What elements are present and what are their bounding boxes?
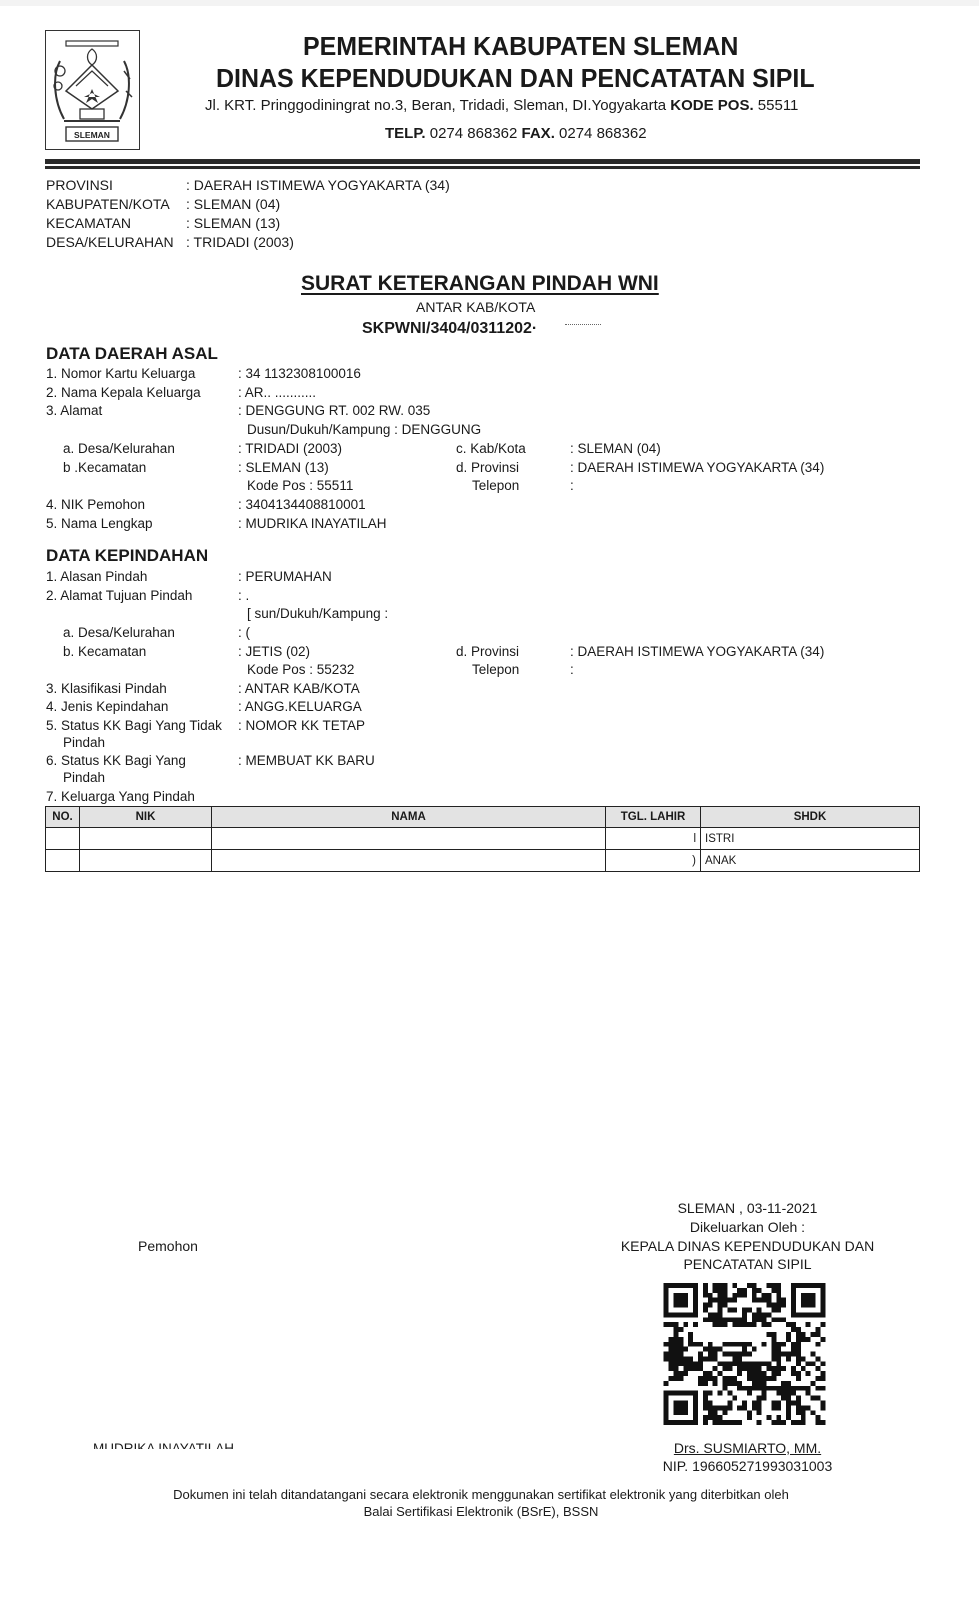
cell-nik (80, 828, 212, 850)
e-signature-notice-line2: Balai Sertifikasi Elektronik (BSrE), BSS… (0, 1504, 962, 1519)
cell-nama (212, 828, 606, 850)
origin-kab-label: c. Kab/Kota (456, 441, 526, 456)
origin-head-label: 2. Nama Kepala Keluarga (46, 385, 201, 400)
col-header-shdk: SHDK (701, 807, 920, 828)
move-reason-label: 1. Alasan Pindah (46, 569, 147, 584)
origin-kk-label: 1. Nomor Kartu Keluarga (46, 366, 195, 381)
svg-text:SLEMAN: SLEMAN (74, 130, 110, 140)
kk-status-moving-label-cont: Pindah (63, 770, 105, 785)
move-destination-value: : . (238, 588, 249, 603)
sleman-coat-of-arms-logo: SLEMAN (45, 30, 140, 150)
redacted-mark (565, 324, 601, 325)
move-prov-label: d. Provinsi (456, 644, 519, 659)
cell-shdk: ANAK (701, 850, 920, 872)
origin-address-value: : DENGGUNG RT. 002 RW. 035 (238, 403, 430, 418)
move-classification-label: 3. Klasifikasi Pindah (46, 681, 167, 696)
letterhead-divider-thin (45, 166, 920, 169)
origin-prov-label: d. Provinsi (456, 460, 519, 475)
table-row: l ISTRI (46, 828, 920, 850)
move-desa-value: : ( (238, 625, 250, 640)
agency-name: DINAS KEPENDUDUKAN DAN PENCATATAN SIPIL (216, 63, 815, 94)
document-subtitle: ANTAR KAB/KOTA (416, 299, 535, 315)
region-desa: DESA/KELURAHAN: TRIDADI (2003) (46, 233, 450, 252)
applicant-nik-label: 4. NIK Pemohon (46, 497, 145, 512)
issuing-office-line1: KEPALA DINAS KEPENDUDUKAN DAN (605, 1238, 890, 1254)
origin-kec-value: : SLEMAN (13) (238, 460, 329, 475)
qr-code-icon (662, 1283, 827, 1425)
col-header-nama: NAMA (212, 807, 606, 828)
col-header-no: NO. (46, 807, 80, 828)
cell-shdk: ISTRI (701, 828, 920, 850)
kk-status-staying-value: : NOMOR KK TETAP (238, 718, 365, 733)
move-desa-label: a. Desa/Kelurahan (63, 625, 175, 640)
region-kecamatan: KECAMATAN: SLEMAN (13) (46, 214, 450, 233)
move-kec-label: b. Kecamatan (63, 644, 146, 659)
region-provinsi: PROVINSI: DAERAH ISTIMEWA YOGYAKARTA (34… (46, 176, 450, 195)
col-header-tgl-lahir: TGL. LAHIR (606, 807, 701, 828)
move-kec-value: : JETIS (02) (238, 644, 310, 659)
table-row: ) ANAK (46, 850, 920, 872)
kk-status-staying-label: 5. Status KK Bagi Yang Tidak (46, 718, 222, 733)
origin-kec-label: b .Kecamatan (63, 460, 146, 475)
move-phone-value: : (570, 662, 574, 677)
letterhead-divider-thick (45, 159, 920, 164)
region-kabupaten: KABUPATEN/KOTA: SLEMAN (04) (46, 195, 450, 214)
e-signature-notice-line1: Dokumen ini telah ditandatangani secara … (0, 1487, 962, 1502)
cell-nama (212, 850, 606, 872)
origin-kk-value: : 34 1132308100016 (238, 366, 361, 381)
moving-family-label: 7. Keluarga Yang Pindah (46, 789, 195, 804)
col-header-nik: NIK (80, 807, 212, 828)
document-reference-number: SKPWNI/3404/0311202· (362, 320, 537, 338)
cell-nik (80, 850, 212, 872)
cell-tgl: l (606, 828, 701, 850)
cell-no (46, 828, 80, 850)
origin-address-label: 3. Alamat (46, 403, 102, 418)
move-type-label: 4. Jenis Kepindahan (46, 699, 168, 714)
move-dusun-value: [ sun/Dukuh/Kampung : (247, 606, 388, 621)
origin-phone-label: Telepon (472, 478, 519, 493)
section-heading-move: DATA KEPINDAHAN (46, 546, 208, 566)
kk-status-moving-label: 6. Status KK Bagi Yang (46, 753, 186, 768)
coat-of-arms-icon: SLEMAN (46, 31, 138, 148)
document-title: SURAT KETERANGAN PINDAH WNI (301, 272, 659, 296)
cell-tgl: ) (606, 850, 701, 872)
origin-head-value: : AR.. ........... (238, 385, 316, 400)
applicant-nik-value: : 3404134408810001 (238, 497, 366, 512)
applicant-name-label: 5. Nama Lengkap (46, 516, 153, 531)
section-heading-origin: DATA DAERAH ASAL (46, 344, 218, 364)
origin-dusun-value: Dusun/Dukuh/Kampung : DENGGUNG (247, 422, 481, 437)
issued-by-label: Dikeluarkan Oleh : (620, 1219, 875, 1235)
applicant-signature-name: MUDRIKA INAYATILAH (93, 1440, 234, 1449)
origin-kab-value: : SLEMAN (04) (570, 441, 661, 456)
move-type-value: : ANGG.KELUARGA (238, 699, 362, 714)
region-info: PROVINSI: DAERAH ISTIMEWA YOGYAKARTA (34… (46, 176, 450, 252)
cell-no (46, 850, 80, 872)
origin-phone-value: : (570, 478, 574, 493)
table-header-row: NO. NIK NAMA TGL. LAHIR SHDK (46, 807, 920, 828)
move-reason-value: : PERUMAHAN (238, 569, 332, 584)
move-postal-code: Kode Pos : 55232 (247, 662, 354, 677)
origin-postal-code: Kode Pos : 55511 (247, 478, 353, 493)
official-name: Drs. SUSMIARTO, MM. (620, 1440, 875, 1456)
applicant-signature-label: Pemohon (138, 1238, 198, 1254)
place-date: SLEMAN , 03-11-2021 (620, 1200, 875, 1216)
official-nip: NIP. 196605271993031003 (620, 1458, 875, 1474)
government-name: PEMERINTAH KABUPATEN SLEMAN (303, 31, 738, 62)
move-phone-label: Telepon (472, 662, 519, 677)
applicant-name-value: : MUDRIKA INAYATILAH (238, 516, 387, 531)
origin-desa-value: : TRIDADI (2003) (238, 441, 342, 456)
issuing-office-line2: PENCATATAN SIPIL (620, 1256, 875, 1272)
move-prov-value: : DAERAH ISTIMEWA YOGYAKARTA (34) (570, 644, 824, 659)
move-destination-label: 2. Alamat Tujuan Pindah (46, 588, 192, 603)
origin-desa-label: a. Desa/Kelurahan (63, 441, 175, 456)
page-top-edge (0, 0, 979, 6)
origin-prov-value: : DAERAH ISTIMEWA YOGYAKARTA (34) (570, 460, 824, 475)
kk-status-staying-label-cont: Pindah (63, 735, 105, 750)
agency-contact: TELP. 0274 868362 FAX. 0274 868362 (385, 125, 647, 142)
agency-address: Jl. KRT. Pringgodiningrat no.3, Beran, T… (205, 97, 798, 114)
kk-status-moving-value: : MEMBUAT KK BARU (238, 753, 375, 768)
moving-family-table: NO. NIK NAMA TGL. LAHIR SHDK l ISTRI ) A… (45, 806, 920, 872)
move-classification-value: : ANTAR KAB/KOTA (238, 681, 360, 696)
